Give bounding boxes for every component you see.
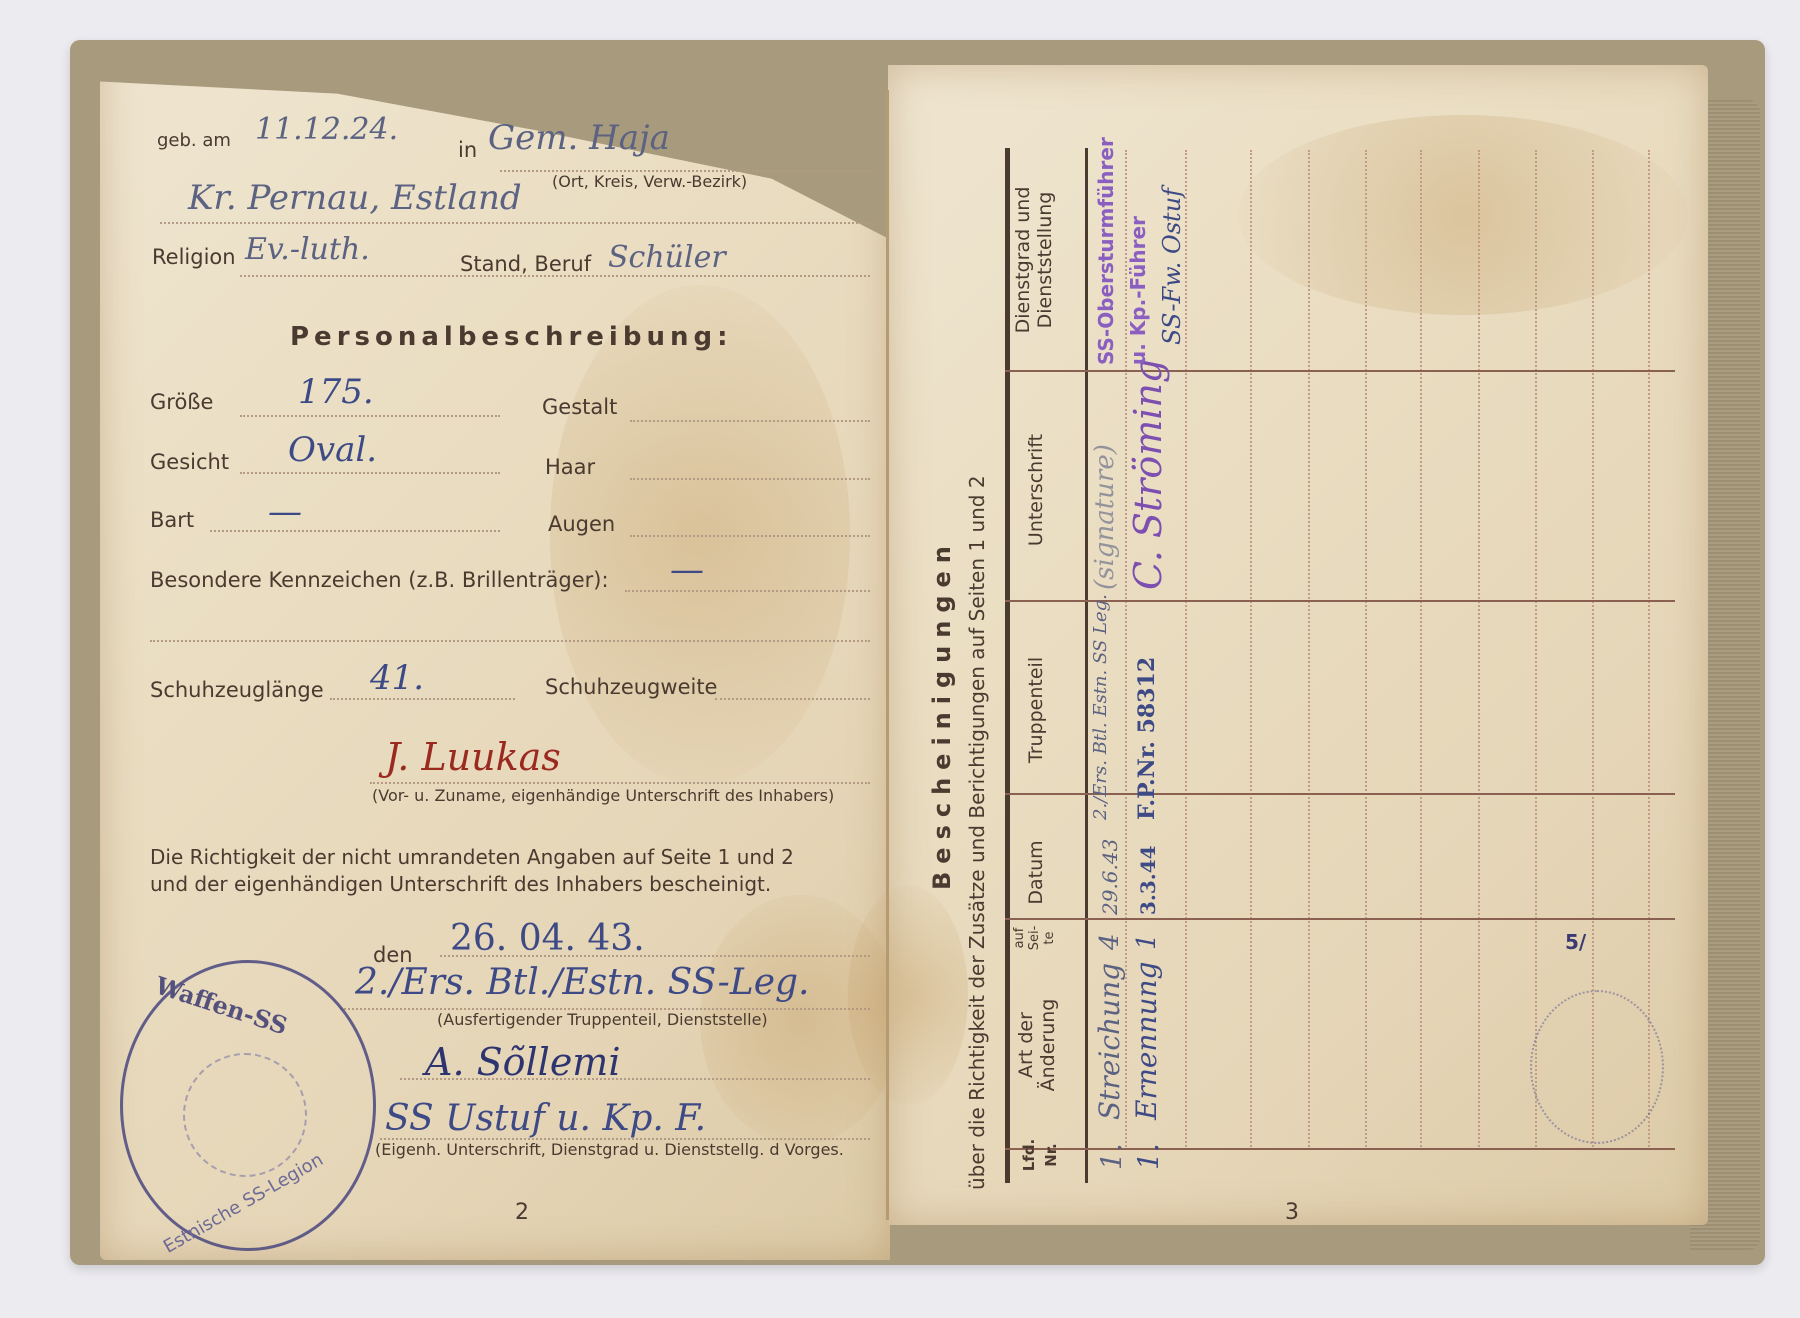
height-value: 175. xyxy=(298,372,374,412)
dotted-line xyxy=(240,415,500,417)
row2-seite: 1 xyxy=(1132,933,1162,950)
holder-signature: J. Luukas xyxy=(385,735,561,779)
row1-signature: (signature) xyxy=(1090,444,1120,590)
birth-in-label: in xyxy=(458,138,477,162)
marks-label: Besondere Kennzeichen (z.B. Brillenträge… xyxy=(150,568,609,592)
birth-place-hint: (Ort, Kreis, Verw.-Bezirk) xyxy=(552,172,747,191)
dotted-line xyxy=(625,590,870,592)
birth-date-value: 11.12.24. xyxy=(255,112,398,147)
row2-truppenteil: F.P.Nr. 58312 xyxy=(1134,657,1160,820)
shoe-length-value: 41. xyxy=(370,658,424,698)
height-label: Größe xyxy=(150,390,213,414)
official-seal-stamp: Waffen-SS Estnische SS-Legion xyxy=(120,960,376,1251)
row2-nr: 1. xyxy=(1132,1143,1165,1170)
col-header-unterschrift: Unterschrift xyxy=(1025,380,1047,600)
officer-rank-value: SS Ustuf u. Kp. F. xyxy=(385,1098,706,1139)
face-value: Oval. xyxy=(288,430,377,470)
holder-signature-hint: (Vor- u. Zuname, eigenhändige Unterschri… xyxy=(372,786,834,805)
dotted-line xyxy=(440,955,870,957)
birth-district-value: Kr. Pernau, Estland xyxy=(188,178,522,218)
face-label: Gesicht xyxy=(150,450,229,474)
occupation-label: Stand, Beruf xyxy=(460,252,591,276)
beard-value: — xyxy=(268,492,302,532)
table-subtitle: über die Richtigkeit der Zusätze und Ber… xyxy=(965,475,989,1190)
row2-art: Ernennung xyxy=(1130,962,1163,1120)
row2-signature: C. Ströming xyxy=(1126,359,1170,590)
eyes-label: Augen xyxy=(548,512,615,536)
row1-seite: 4 xyxy=(1095,933,1125,950)
row2-rank-handwritten: SS-Fw. Ostuf xyxy=(1158,188,1186,345)
page-number-right: 3 xyxy=(1285,1200,1299,1225)
row1-truppenteil: 2./Ers. Btl. Estn. SS Leg. xyxy=(1090,594,1111,820)
religion-label: Religion xyxy=(152,245,236,269)
shoe-width-label: Schuhzeugweite xyxy=(545,675,717,699)
religion-value: Ev.-luth. xyxy=(245,232,370,267)
dotted-line xyxy=(330,698,515,700)
birth-label: geb. am xyxy=(157,130,231,151)
dotted-line xyxy=(240,275,870,277)
marks-value: — xyxy=(670,550,704,590)
certification-text-2: und der eigenhändigen Unterschrift des I… xyxy=(150,872,771,896)
beard-label: Bart xyxy=(150,508,194,532)
birth-place-value: Gem. Haja xyxy=(488,118,670,158)
col-header-truppenteil: Truppenteil xyxy=(1025,610,1047,810)
occupation-value: Schüler xyxy=(608,240,726,275)
col-header-seite: auf Sei- te xyxy=(1012,918,1057,958)
dotted-line xyxy=(400,1078,870,1080)
dotted-line xyxy=(630,478,870,480)
build-label: Gestalt xyxy=(542,395,617,419)
row2-rank-stamp: SS-Obersturmführer u. Kp.-Führer xyxy=(1090,135,1154,365)
row1-nr: 1. xyxy=(1095,1143,1128,1170)
dotted-line xyxy=(370,782,870,784)
certifications-table: Bescheinigungen über die Richtigkeit der… xyxy=(900,130,1700,1190)
col-header-nr: Lfd. Nr. xyxy=(1018,1130,1062,1180)
row1-art: Streichung xyxy=(1093,963,1126,1120)
section-title: Personalbeschreibung: xyxy=(290,322,732,352)
page-number-left: 2 xyxy=(515,1200,529,1225)
col-header-art: Art der Änderung xyxy=(1015,970,1059,1120)
dotted-line xyxy=(240,472,500,474)
dotted-line xyxy=(630,535,870,537)
dotted-line xyxy=(630,420,870,422)
shoe-length-label: Schuhzeuglänge xyxy=(150,678,324,702)
dotted-line xyxy=(160,222,870,224)
col-header-datum: Datum xyxy=(1025,830,1047,915)
unit-value: 2./Ers. Btl./Estn. SS-Leg. xyxy=(355,962,810,1003)
table-title: Bescheinigungen xyxy=(928,538,956,890)
col-header-dienstgrad: Dienstgrad und Dienststellung xyxy=(1012,160,1056,360)
unit-hint: (Ausfertigender Truppenteil, Dienststell… xyxy=(437,1010,768,1029)
dotted-line xyxy=(150,640,870,642)
hair-label: Haar xyxy=(545,455,595,479)
certification-text-1: Die Richtigkeit der nicht umrandeten Ang… xyxy=(150,845,794,869)
stamp-top-text: Waffen-SS xyxy=(152,971,291,1041)
officer-signature-hint: (Eigenh. Unterschrift, Dienstgrad u. Die… xyxy=(375,1140,844,1159)
seal-emblem-icon xyxy=(183,1053,307,1177)
book-spine xyxy=(886,90,889,1220)
dotted-line xyxy=(210,530,500,532)
date-value: 26. 04. 43. xyxy=(450,918,645,959)
row2-datum: 3.3.44 xyxy=(1136,845,1160,915)
row1-datum: 29.6.43 xyxy=(1098,839,1122,915)
dotted-line xyxy=(715,698,870,700)
